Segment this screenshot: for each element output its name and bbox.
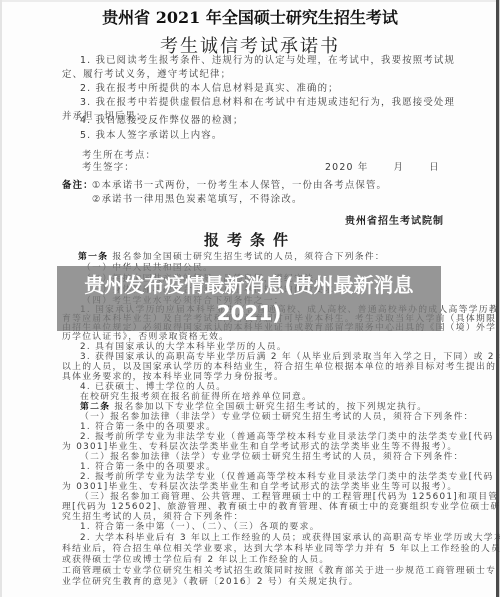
condition-text: 报名参加全国硕士研究生招生考试的人员，须符合下列条件： — [108, 252, 385, 262]
section-title: 报考条件 — [0, 229, 500, 250]
page-top-edge — [0, 0, 500, 2]
notes-label: 备注： — [62, 180, 94, 192]
note-2: ②承诺书一律用黑色炭素笔填写，不得涂改。 — [92, 194, 303, 206]
signature-label: 考生签字： — [82, 162, 135, 174]
condition-line: 业学位研究生教育的意见》（教研〔2016〕2 号）有关规定执行。 — [62, 576, 359, 588]
note-1: ①本承诺书一式两份，一份考生本人保管，一份由各考点保管。 — [92, 180, 387, 192]
issuer-label: 贵州省招生考试院制 — [345, 212, 444, 227]
article-label: 第一条 — [78, 252, 108, 262]
document-title: 贵州省 2021 年全国硕士研究生招生考试 — [0, 5, 500, 28]
exam-site-label: 考生所在考点： — [82, 150, 156, 162]
pledge-line-6: 4. 我自愿接受反作弊仪器的检测； — [80, 115, 244, 127]
pledge-line-7: 5. 我本人签字承诺以上内容。 — [80, 130, 222, 142]
pledge-line-2: 定、履行考试义务，遵守考试纪律； — [62, 69, 231, 81]
pledge-line-1: 1. 我已阅读考生报考条件、违规行为的认定与处理，在考试中，我要按照考试规 — [80, 55, 455, 67]
pledge-line-4: 3. 我在报考中若提供虚假信息材料和在考试中有违规或违纪行为，我愿接受处理 — [80, 97, 455, 109]
date-field: 2020 年 月 日 — [325, 162, 440, 174]
headline-text: 贵州发布疫情最新消息(贵州最新消息2021) — [57, 266, 441, 331]
pledge-line-3: 2. 我在报考中所提供的本人信息材料是真实、准确的； — [80, 83, 339, 95]
page-left-edge — [0, 0, 2, 597]
